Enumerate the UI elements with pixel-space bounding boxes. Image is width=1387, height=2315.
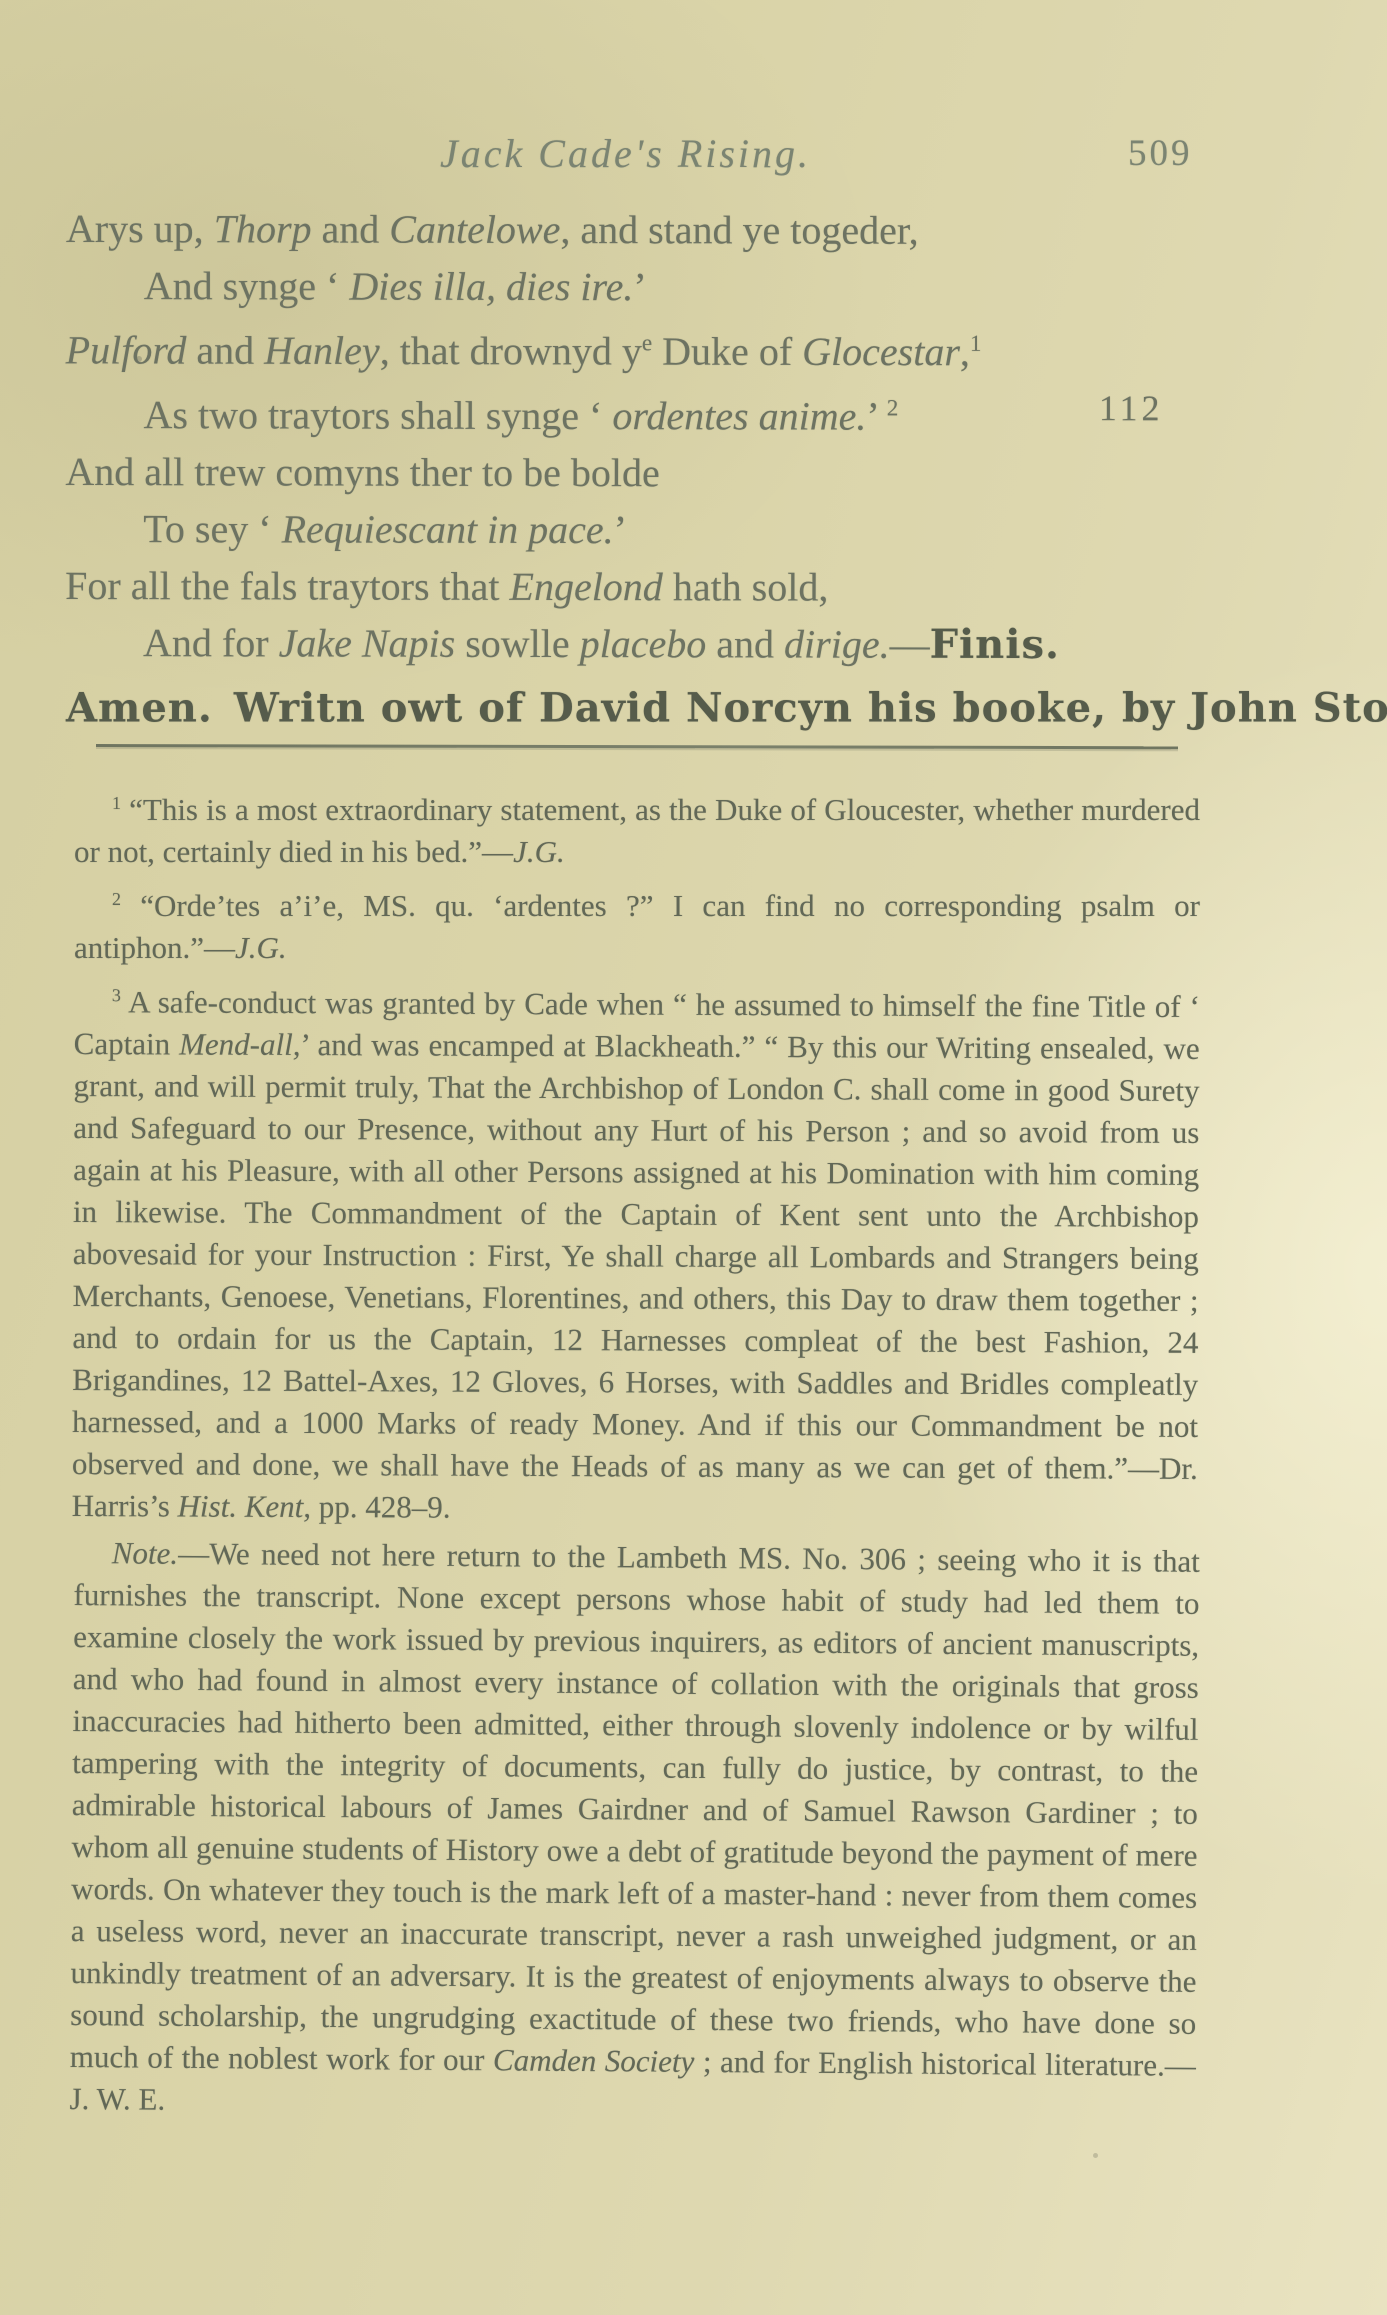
poem-line: As two traytors shall synge ‘ ordentes a… <box>65 378 1215 445</box>
poem-stanza: Arys up, Thorp and Cantelowe, and stand … <box>65 200 1216 673</box>
text-segment: Cantelowe <box>389 207 560 252</box>
text-segment: dirige. <box>784 621 890 666</box>
text-segment: Arys up, <box>66 206 214 251</box>
text-segment: hath sold, <box>663 564 829 609</box>
poem-line: Arys up, Thorp and Cantelowe, and stand … <box>66 200 1216 259</box>
text-segment: Dies illa, dies ire. <box>349 264 633 310</box>
superscript-ref: 2 <box>112 889 121 909</box>
text-segment: And synge ‘ <box>144 263 350 308</box>
text-segment: Mend-all, <box>179 1027 301 1063</box>
text-segment: ’ <box>614 507 627 552</box>
footnote-1: 1 “This is a most extraordinary statemen… <box>74 782 1200 873</box>
text-segment: —We need not here return to the Lambeth … <box>70 1536 1200 2077</box>
footnote-3: 3 A safe-conduct was granted by Cade whe… <box>72 974 1200 1532</box>
text-segment: Note. <box>112 1536 179 1572</box>
editor-closing-note: Note.—We need not here return to the Lam… <box>69 1532 1200 2129</box>
text-segment: Engelond <box>509 564 662 609</box>
text-segment: And for <box>143 620 279 665</box>
text-segment: pp. 428–9. <box>311 1489 451 1525</box>
footnotes-block: 1 “This is a most extraordinary statemen… <box>74 782 1200 2125</box>
text-segment: Thorp <box>214 206 312 251</box>
paper-speck <box>1093 2153 1098 2158</box>
superscript-ref: 1 <box>112 793 121 813</box>
page-number: 509 <box>1128 132 1193 175</box>
text-segment: Finis. <box>930 621 1060 668</box>
poem-line-text: As two traytors shall synge ‘ ordentes a… <box>144 392 899 439</box>
text-segment: J.G. <box>513 834 565 869</box>
poem-line: And all trew comyns ther to be bolde <box>65 443 1215 502</box>
page-title: Jack Cade's Rising. <box>440 130 811 177</box>
footnote-2: 2 “Orde’tes a’i’e, MS. qu. ‘ardentes ?” … <box>74 878 1200 969</box>
footnote-divider-rule <box>96 744 1178 749</box>
text-segment: , <box>960 329 970 374</box>
text-segment: Jake Napis <box>279 620 456 665</box>
blackletter-colophon: Amen. Writn owt of David Norcyn his book… <box>66 674 1266 734</box>
text-segment: Camden Society <box>493 2043 695 2080</box>
text-segment: Hist. Kent, <box>178 1489 312 1525</box>
text-segment: As two traytors shall synge ‘ <box>144 392 613 438</box>
poem-line: Pulford and Hanley, that drownyd ye Duke… <box>66 314 1216 381</box>
running-header: Jack Cade's Rising. 509 <box>0 130 1387 180</box>
text-segment: “This is a most extraordinary statement,… <box>74 792 1200 869</box>
text-segment: sowlle <box>455 621 580 666</box>
stanza-line-number: 112 <box>1099 381 1164 438</box>
text-segment: ’ <box>633 264 646 309</box>
text-segment: Requiescant in pace. <box>282 506 614 552</box>
poem-line: To sey ‘ Requiescant in pace.’ <box>65 500 1215 559</box>
text-segment: , and stand ye togeder, <box>560 207 918 253</box>
text-segment: Glocestar <box>802 329 960 374</box>
superscript-ref: 2 <box>887 395 899 421</box>
text-segment: And all trew comyns ther to be bolde <box>65 449 659 495</box>
text-segment: — <box>890 621 930 666</box>
text-segment: Hanley <box>264 328 380 373</box>
text-segment: To sey ‘ <box>143 506 281 551</box>
text-segment: and <box>186 328 264 373</box>
text-segment: Amen. Writn owt of David Norcyn his book… <box>66 684 1387 731</box>
poem-line: And for Jake Napis sowlle placebo and di… <box>65 614 1215 673</box>
poem-line: For all the fals traytors that Engelond … <box>65 557 1215 616</box>
text-segment: Duke of <box>652 329 802 374</box>
text-segment: ’ <box>866 393 886 438</box>
text-segment: and <box>311 207 389 252</box>
text-segment: ’ and was encamped at Blackheath.” “ By … <box>72 1027 1200 1523</box>
superscript-ref: 3 <box>112 985 121 1005</box>
text-segment: J.G. <box>235 930 287 965</box>
poem-line: And synge ‘ Dies illa, dies ire.’ <box>66 257 1216 316</box>
text-segment: and <box>706 621 784 666</box>
text-segment: , that drownyd y <box>380 328 642 374</box>
scanned-book-page: Jack Cade's Rising. 509 Arys up, Thorp a… <box>0 0 1387 2315</box>
superscript-ref: 1 <box>970 331 982 357</box>
text-segment: For all the fals traytors that <box>65 563 509 609</box>
text-segment: placebo <box>580 621 707 666</box>
text-segment: Pulford <box>66 327 187 372</box>
text-segment: ordentes anime. <box>612 393 866 439</box>
superscript-ref: e <box>642 330 652 356</box>
